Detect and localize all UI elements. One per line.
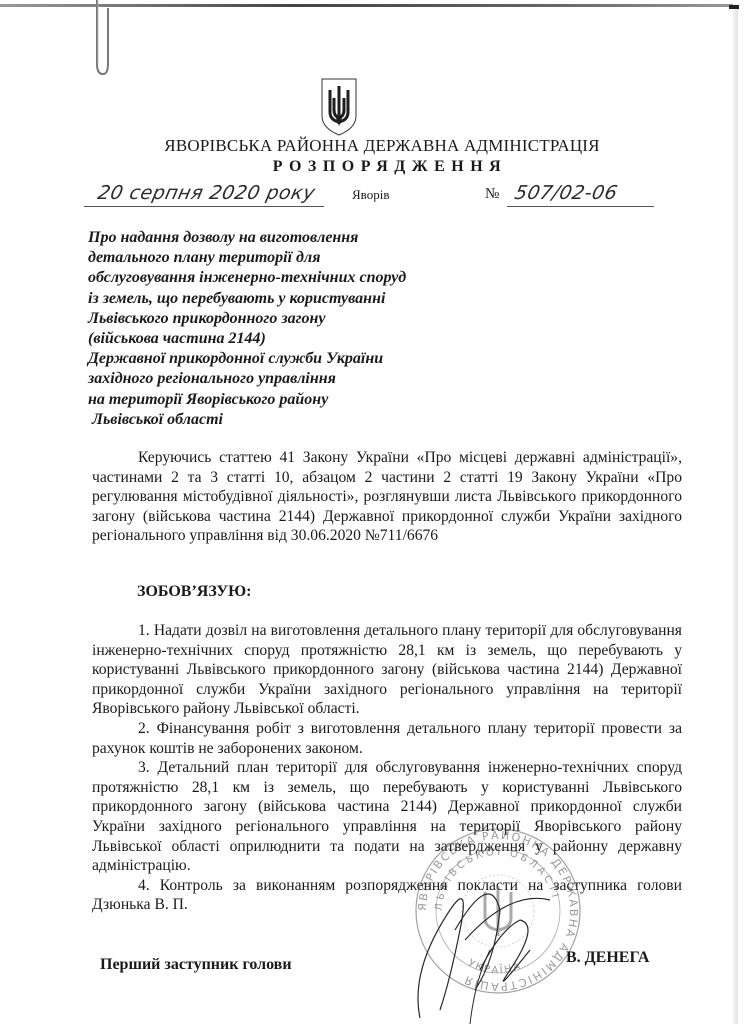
subject-line: Про надання дозволу на виготовлення	[88, 228, 448, 248]
paperclip-icon	[90, 0, 110, 78]
subject-line: (військова частина 2144)	[88, 329, 448, 349]
subject-line: Львівського прикордонного загону	[88, 309, 448, 329]
coat-of-arms-icon	[321, 78, 357, 136]
document-type: РОЗПОРЯДЖЕННЯ	[0, 158, 744, 176]
scan-top-edge	[0, 4, 738, 7]
intro-text: Керуючись статтею 41 Закону України «Про…	[92, 448, 682, 546]
date-field: 20 серпня 2020 року	[84, 182, 324, 207]
subject-line: західного регіонального управління	[88, 369, 448, 389]
order-item-2: 2. Фінансування робіт з виготовлення дет…	[92, 719, 682, 758]
scan-right-edge	[733, 4, 738, 1024]
subject-line: на території Яворівського району	[88, 390, 448, 410]
subject-line: Державної прикордонної служби України	[88, 349, 448, 369]
number-sign: №	[485, 186, 499, 203]
handwritten-number: 507/02-06	[513, 182, 620, 204]
subject-line: із земель, що перебувають у користуванні	[88, 289, 448, 309]
obligation-heading: ЗОБОВ’ЯЗУЮ:	[137, 583, 252, 601]
document-type-text: РОЗПОРЯДЖЕННЯ	[273, 158, 507, 175]
signatory-position: Перший заступник голови	[100, 956, 292, 974]
signatory-name: В. ДЕНЕГА	[566, 949, 649, 967]
subject-line: Львівської області	[88, 410, 448, 430]
signature-icon	[380, 850, 580, 1024]
number-field: 507/02-06	[507, 182, 654, 207]
subject-block: Про надання дозволу на виготовлення дета…	[88, 228, 448, 430]
document-page: ЯВОРІВСЬКА РАЙОННА ДЕРЖАВНА АДМІНІСТРАЦІ…	[0, 0, 744, 1024]
subject-line: обслуговування інженерно-технічних спору…	[88, 268, 448, 288]
organization-name: ЯВОРІВСЬКА РАЙОННА ДЕРЖАВНА АДМІНІСТРАЦІ…	[0, 136, 744, 156]
scan-corner-mark	[729, 5, 739, 9]
subject-line: детального плану території для	[88, 248, 448, 268]
handwritten-date: 20 серпня 2020 року	[96, 182, 318, 204]
intro-paragraph: Керуючись статтею 41 Закону України «Про…	[92, 448, 682, 546]
organization-text: ЯВОРІВСЬКА РАЙОННА ДЕРЖАВНА АДМІНІСТРАЦІ…	[164, 136, 599, 155]
order-item-1: 1. Надати дозвіл на виготовлення детальн…	[92, 621, 682, 719]
city: Яворів	[352, 187, 389, 203]
